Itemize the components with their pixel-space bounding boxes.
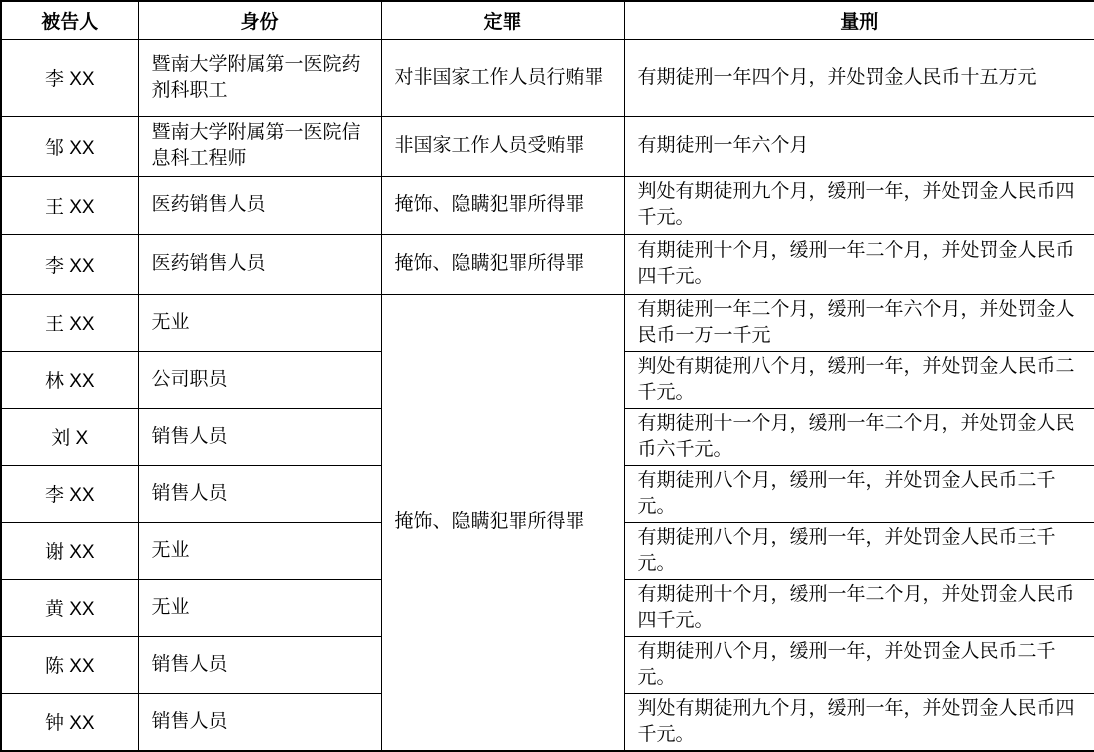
- table-row: 李 XX 暨南大学附属第一医院药剂科职工 对非国家工作人员行贿罪 有期徒刑一年四…: [1, 39, 1094, 116]
- sentencing-cell: 有期徒刑八个月，缓刑一年，并处罚金人民币二千元。: [624, 636, 1094, 693]
- conviction-cell: 掩饰、隐瞒犯罪所得罪: [381, 176, 624, 234]
- identity-cell: 销售人员: [138, 636, 381, 693]
- sentencing-cell: 有期徒刑十个月，缓刑一年二个月，并处罚金人民币四千元。: [624, 579, 1094, 636]
- defendant-name-cell: 李 XX: [1, 465, 138, 522]
- defendant-name-cell: 陈 XX: [1, 636, 138, 693]
- defendant-name-cell: 刘 X: [1, 408, 138, 465]
- sentencing-cell: 有期徒刑十一个月，缓刑一年二个月，并处罚金人民币六千元。: [624, 408, 1094, 465]
- merged-conviction-cell: 掩饰、隐瞒犯罪所得罪: [381, 294, 624, 751]
- identity-cell: 医药销售人员: [138, 176, 381, 234]
- defendant-name-cell: 谢 XX: [1, 522, 138, 579]
- defendant-name-cell: 李 XX: [1, 234, 138, 294]
- sentencing-cell: 有期徒刑十个月，缓刑一年二个月，并处罚金人民币四千元。: [624, 234, 1094, 294]
- identity-cell: 无业: [138, 579, 381, 636]
- identity-cell: 销售人员: [138, 693, 381, 751]
- column-header-sentencing: 量刑: [624, 1, 1094, 39]
- sentencing-cell: 有期徒刑一年四个月，并处罚金人民币十五万元: [624, 39, 1094, 116]
- defendant-name-cell: 李 XX: [1, 39, 138, 116]
- defendant-name-cell: 钟 XX: [1, 693, 138, 751]
- sentencing-cell: 判处有期徒刑九个月，缓刑一年，并处罚金人民币四千元。: [624, 176, 1094, 234]
- column-header-identity: 身份: [138, 1, 381, 39]
- conviction-cell: 掩饰、隐瞒犯罪所得罪: [381, 234, 624, 294]
- identity-cell: 无业: [138, 522, 381, 579]
- table-row: 王 XX 无业 掩饰、隐瞒犯罪所得罪 有期徒刑一年二个月，缓刑一年六个月，并处罚…: [1, 294, 1094, 351]
- identity-cell: 医药销售人员: [138, 234, 381, 294]
- defendant-name-cell: 邹 XX: [1, 116, 138, 176]
- identity-cell: 销售人员: [138, 465, 381, 522]
- identity-cell: 销售人员: [138, 408, 381, 465]
- sentencing-cell: 有期徒刑八个月，缓刑一年，并处罚金人民币三千元。: [624, 522, 1094, 579]
- sentencing-table: 被告人 身份 定罪 量刑 李 XX 暨南大学附属第一医院药剂科职工 对非国家工作…: [0, 0, 1094, 752]
- column-header-defendant: 被告人: [1, 1, 138, 39]
- identity-cell: 暨南大学附属第一医院信息科工程师: [138, 116, 381, 176]
- table-header-row: 被告人 身份 定罪 量刑: [1, 1, 1094, 39]
- conviction-cell: 非国家工作人员受贿罪: [381, 116, 624, 176]
- sentencing-cell: 有期徒刑一年六个月: [624, 116, 1094, 176]
- table-row: 邹 XX 暨南大学附属第一医院信息科工程师 非国家工作人员受贿罪 有期徒刑一年六…: [1, 116, 1094, 176]
- identity-cell: 暨南大学附属第一医院药剂科职工: [138, 39, 381, 116]
- sentencing-cell: 判处有期徒刑九个月，缓刑一年，并处罚金人民币四千元。: [624, 693, 1094, 751]
- identity-cell: 无业: [138, 294, 381, 351]
- sentencing-cell: 有期徒刑一年二个月，缓刑一年六个月，并处罚金人民币一万一千元: [624, 294, 1094, 351]
- table-row: 王 XX 医药销售人员 掩饰、隐瞒犯罪所得罪 判处有期徒刑九个月，缓刑一年，并处…: [1, 176, 1094, 234]
- identity-cell: 公司职员: [138, 351, 381, 408]
- table-row: 李 XX 医药销售人员 掩饰、隐瞒犯罪所得罪 有期徒刑十个月，缓刑一年二个月，并…: [1, 234, 1094, 294]
- column-header-conviction: 定罪: [381, 1, 624, 39]
- sentencing-cell: 判处有期徒刑八个月，缓刑一年，并处罚金人民币二千元。: [624, 351, 1094, 408]
- defendant-name-cell: 王 XX: [1, 294, 138, 351]
- defendant-name-cell: 王 XX: [1, 176, 138, 234]
- defendant-name-cell: 黄 XX: [1, 579, 138, 636]
- sentencing-cell: 有期徒刑八个月，缓刑一年，并处罚金人民币二千元。: [624, 465, 1094, 522]
- defendant-name-cell: 林 XX: [1, 351, 138, 408]
- conviction-cell: 对非国家工作人员行贿罪: [381, 39, 624, 116]
